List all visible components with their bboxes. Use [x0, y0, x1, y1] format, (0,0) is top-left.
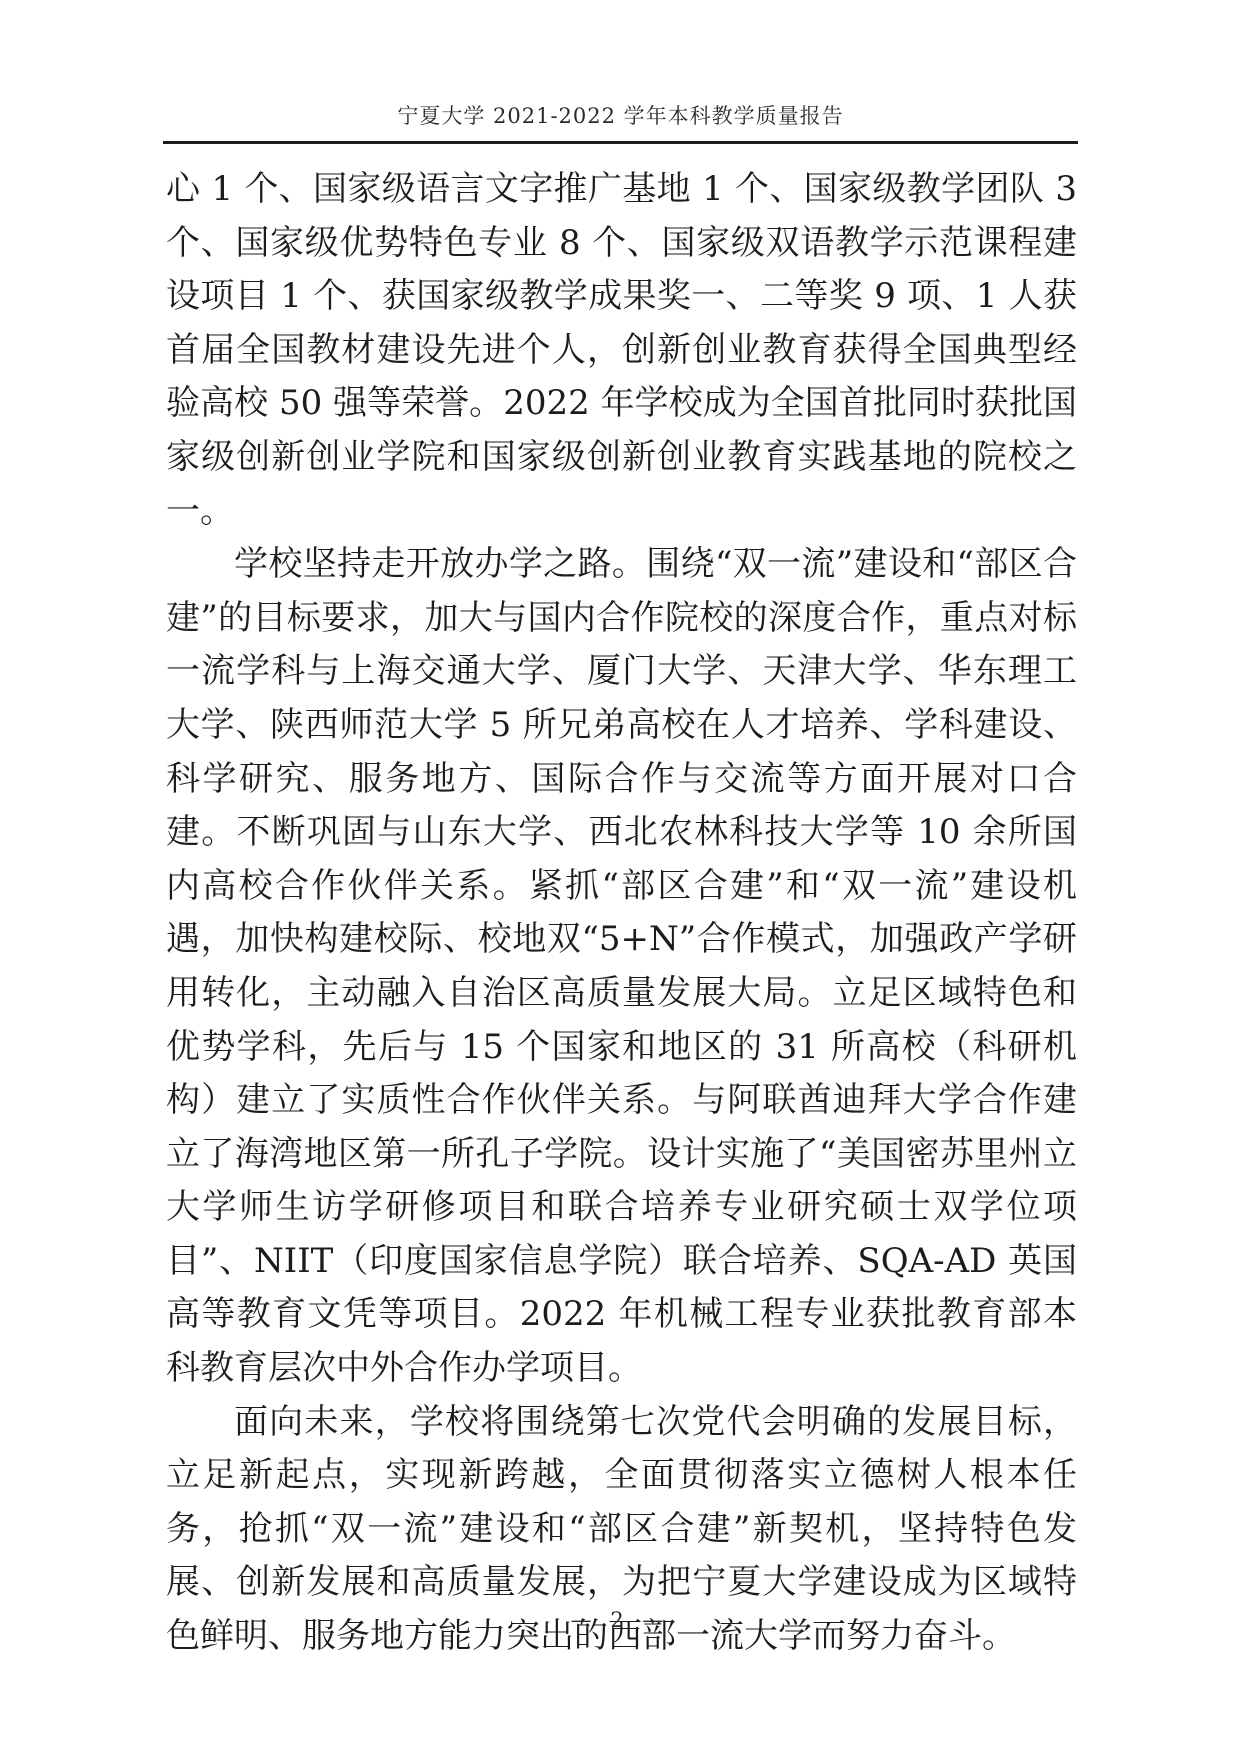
page-body: 心 1 个、国家级语言文字推广基地 1 个、国家级教学团队 3 个、国家级优势特… — [166, 163, 1077, 1664]
page-number: — 2 — — [571, 1608, 670, 1632]
paragraph: 学校坚持走开放办学之路。围绕“双一流”建设和“部区合建”的目标要求，加大与国内合… — [166, 538, 1077, 1396]
paragraph-continued: 心 1 个、国家级语言文字推广基地 1 个、国家级教学团队 3 个、国家级优势特… — [166, 163, 1077, 538]
document-page: 宁夏大学 2021-2022 学年本科教学质量报告 心 1 个、国家级语言文字推… — [0, 0, 1240, 1753]
header-title: 宁夏大学 2021-2022 学年本科教学质量报告 — [163, 100, 1078, 130]
page-header: 宁夏大学 2021-2022 学年本科教学质量报告 — [163, 100, 1078, 144]
page-footer: — 2 — — [0, 1608, 1240, 1632]
